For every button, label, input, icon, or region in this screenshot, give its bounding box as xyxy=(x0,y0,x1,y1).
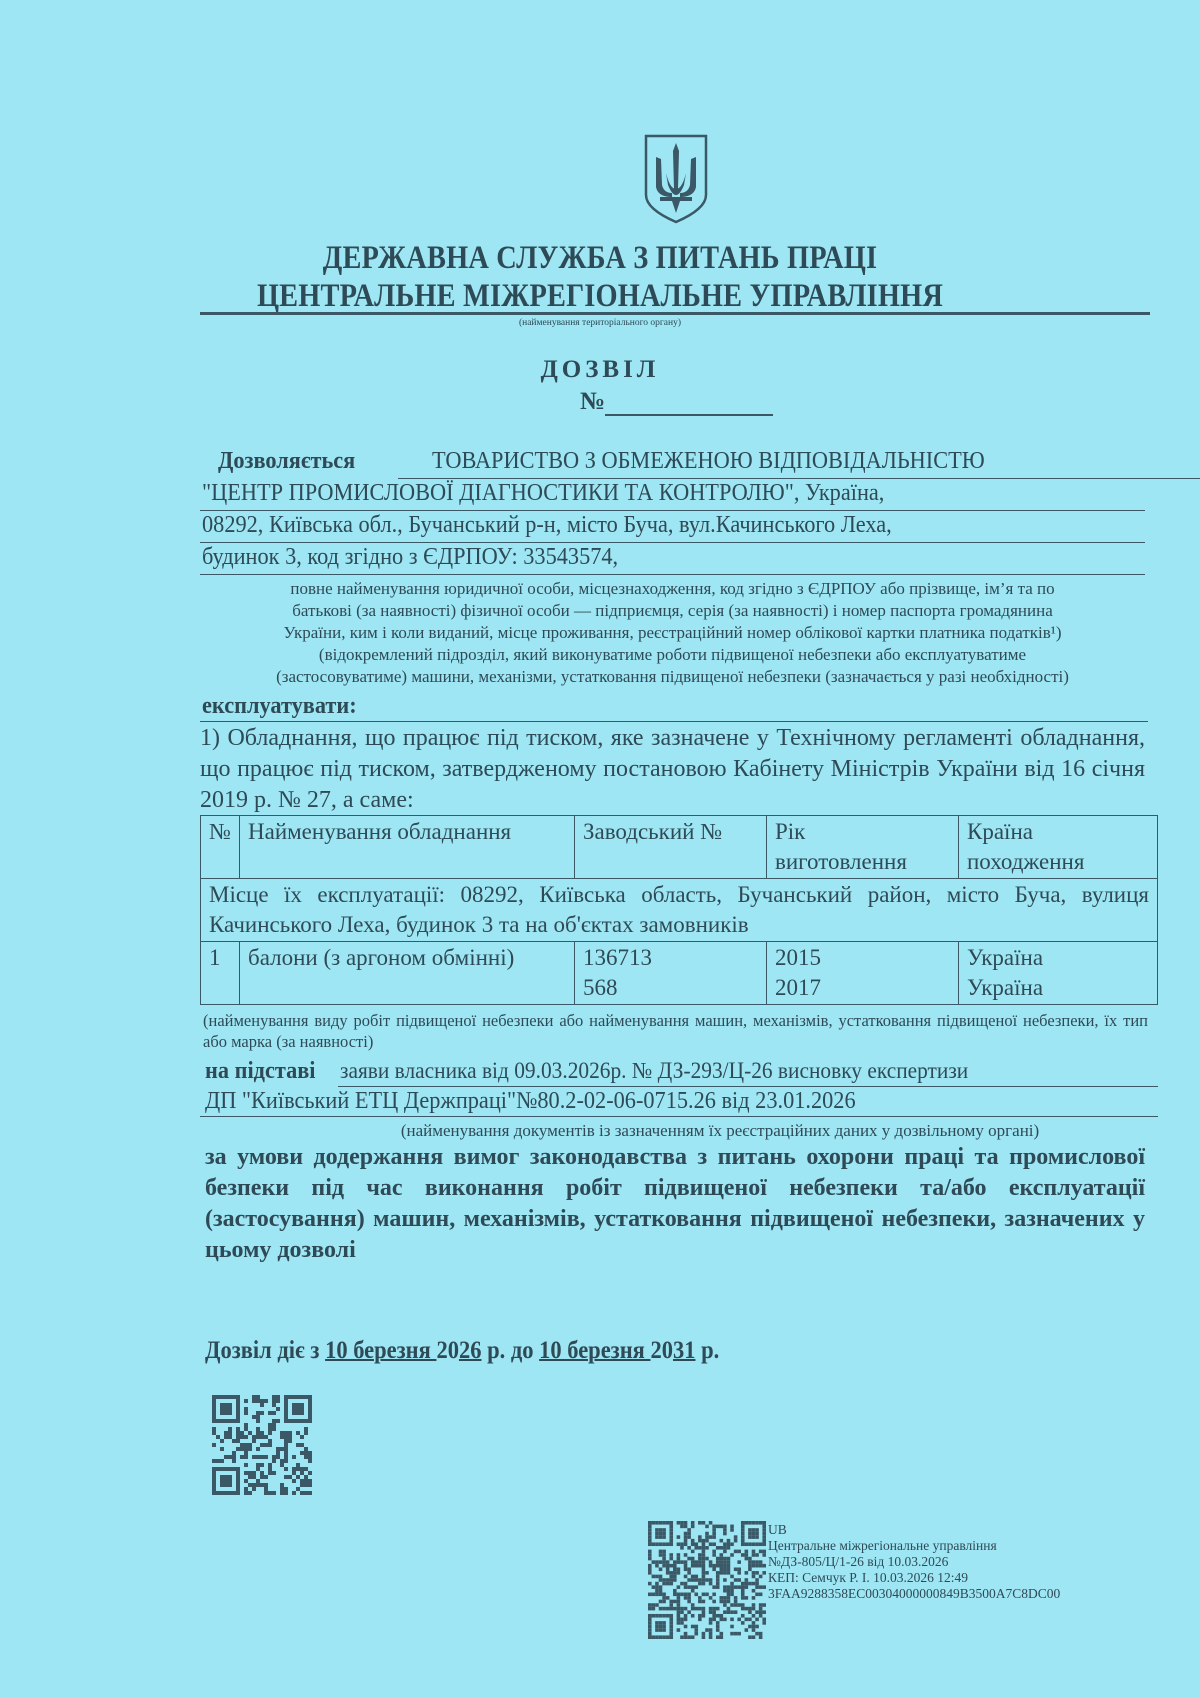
divider xyxy=(200,312,1150,315)
permittee-line: ТОВАРИСТВО З ОБМЕЖЕНОЮ ВІДПОВІДАЛЬНІСТЮ xyxy=(432,448,985,475)
permittee-caption-line: батькові (за наявності) фізичної особи —… xyxy=(200,600,1145,621)
cell-name: балони (з аргоном обмінні) xyxy=(240,942,575,1005)
permittee-caption-line: (застосовуватиме) машини, механізми, уст… xyxy=(200,666,1145,687)
column-header: Ріквиготовлення xyxy=(767,816,959,879)
qr-code-icon[interactable] xyxy=(212,1395,312,1495)
organization-caption: (найменування територіального органу) xyxy=(0,318,1200,328)
document-number-label: № xyxy=(580,388,605,416)
stamp-line: №ДЗ-805/Ц/1-26 від 10.03.2026 xyxy=(768,1554,1060,1570)
permittee-line: будинок 3, код згідно з ЄДРПОУ: 33543574… xyxy=(202,544,618,571)
valid-from-date: 10 березня xyxy=(325,1337,436,1364)
permittee-label: Дозволяється xyxy=(218,448,355,475)
valid-to-date: 10 березня xyxy=(539,1337,650,1364)
operate-block: експлуатувати: 1) Обладнання, що працює … xyxy=(200,693,1145,813)
cell-countries: УкраїнаУкраїна xyxy=(959,942,1158,1005)
stamp-line: UB xyxy=(768,1522,1060,1538)
cell-serials: 136713568 xyxy=(575,942,767,1005)
basis-line: ДП "Київський ЕТЦ Держпраці"№80.2-02-06-… xyxy=(205,1088,856,1115)
condition-block: за умови додержання вимог законодавства … xyxy=(205,1142,1145,1282)
stamp-line: 3FAA9288358EC00304000000849B3500A7C8DC00 xyxy=(768,1586,1060,1602)
permittee-caption-line: (відокремлений підрозділ, який виконуват… xyxy=(200,644,1145,665)
permittee-line: 08292, Київська обл., Бучанський р-н, мі… xyxy=(202,512,892,539)
table-row-location: Місце їх експлуатації: 08292, Київська о… xyxy=(201,879,1158,942)
permittee-line: "ЦЕНТР ПРОМИСЛОВОЇ ДІАГНОСТИКИ ТА КОНТРО… xyxy=(202,480,884,507)
column-header: Заводський № xyxy=(575,816,767,879)
organization-name: ДЕРЖАВНА СЛУЖБА З ПИТАНЬ ПРАЦІ xyxy=(84,240,1116,277)
location-cell: Місце їх експлуатації: 08292, Київська о… xyxy=(201,879,1158,942)
qr-code-signature-icon[interactable] xyxy=(648,1521,766,1639)
stamp-line: КЕП: Семчук Р. І. 10.03.2026 12:49 xyxy=(768,1570,1060,1586)
equipment-caption: (найменування виду робіт підвищеної небе… xyxy=(203,1010,1148,1052)
permittee-block: Дозволяється ТОВАРИСТВО З ОБМЕЖЕНОЮ ВІДП… xyxy=(200,448,1145,688)
column-header: № xyxy=(201,816,240,879)
permittee-caption-line: повне найменування юридичної особи, місц… xyxy=(200,578,1145,599)
table-header-row: № Найменування обладнання Заводський № Р… xyxy=(201,816,1158,879)
operate-intro: 1) Обладнання, що працює під тиском, яке… xyxy=(200,723,1145,816)
stamp-line: Центральне міжрегіональне управління xyxy=(768,1538,1060,1554)
column-header: Найменування обладнання xyxy=(240,816,575,879)
permittee-caption-line: України, ким і коли виданий, місце прожи… xyxy=(200,622,1145,643)
table-row: 1 балони (з аргоном обмінні) 136713568 2… xyxy=(201,942,1158,1005)
basis-line: заяви власника від 09.03.2026р. № ДЗ-293… xyxy=(340,1058,968,1084)
column-header: Країнапоходження xyxy=(959,816,1158,879)
document-title: ДОЗВІЛ xyxy=(0,356,1200,384)
equipment-table: № Найменування обладнання Заводський № Р… xyxy=(200,815,1158,1005)
signature-stamp: UB Центральне міжрегіональне управління … xyxy=(768,1522,1060,1602)
operate-label: експлуатувати: xyxy=(202,693,357,720)
condition-text: за умови додержання вимог законодавства … xyxy=(205,1142,1145,1266)
cell-no: 1 xyxy=(201,942,240,1005)
basis-caption: (найменування документів із зазначенням … xyxy=(270,1120,1170,1141)
organization-unit: ЦЕНТРАЛЬНЕ МІЖРЕГІОНАЛЬНЕ УПРАВЛІННЯ xyxy=(84,278,1116,315)
coat-of-arms-trident-icon xyxy=(642,133,710,225)
basis-label: на підставі xyxy=(205,1058,316,1085)
cell-years: 20152017 xyxy=(767,942,959,1005)
validity-period: Дозвіл діє з 10 березня 2026 р. до 10 бе… xyxy=(205,1337,719,1365)
document-number-field xyxy=(605,414,773,416)
